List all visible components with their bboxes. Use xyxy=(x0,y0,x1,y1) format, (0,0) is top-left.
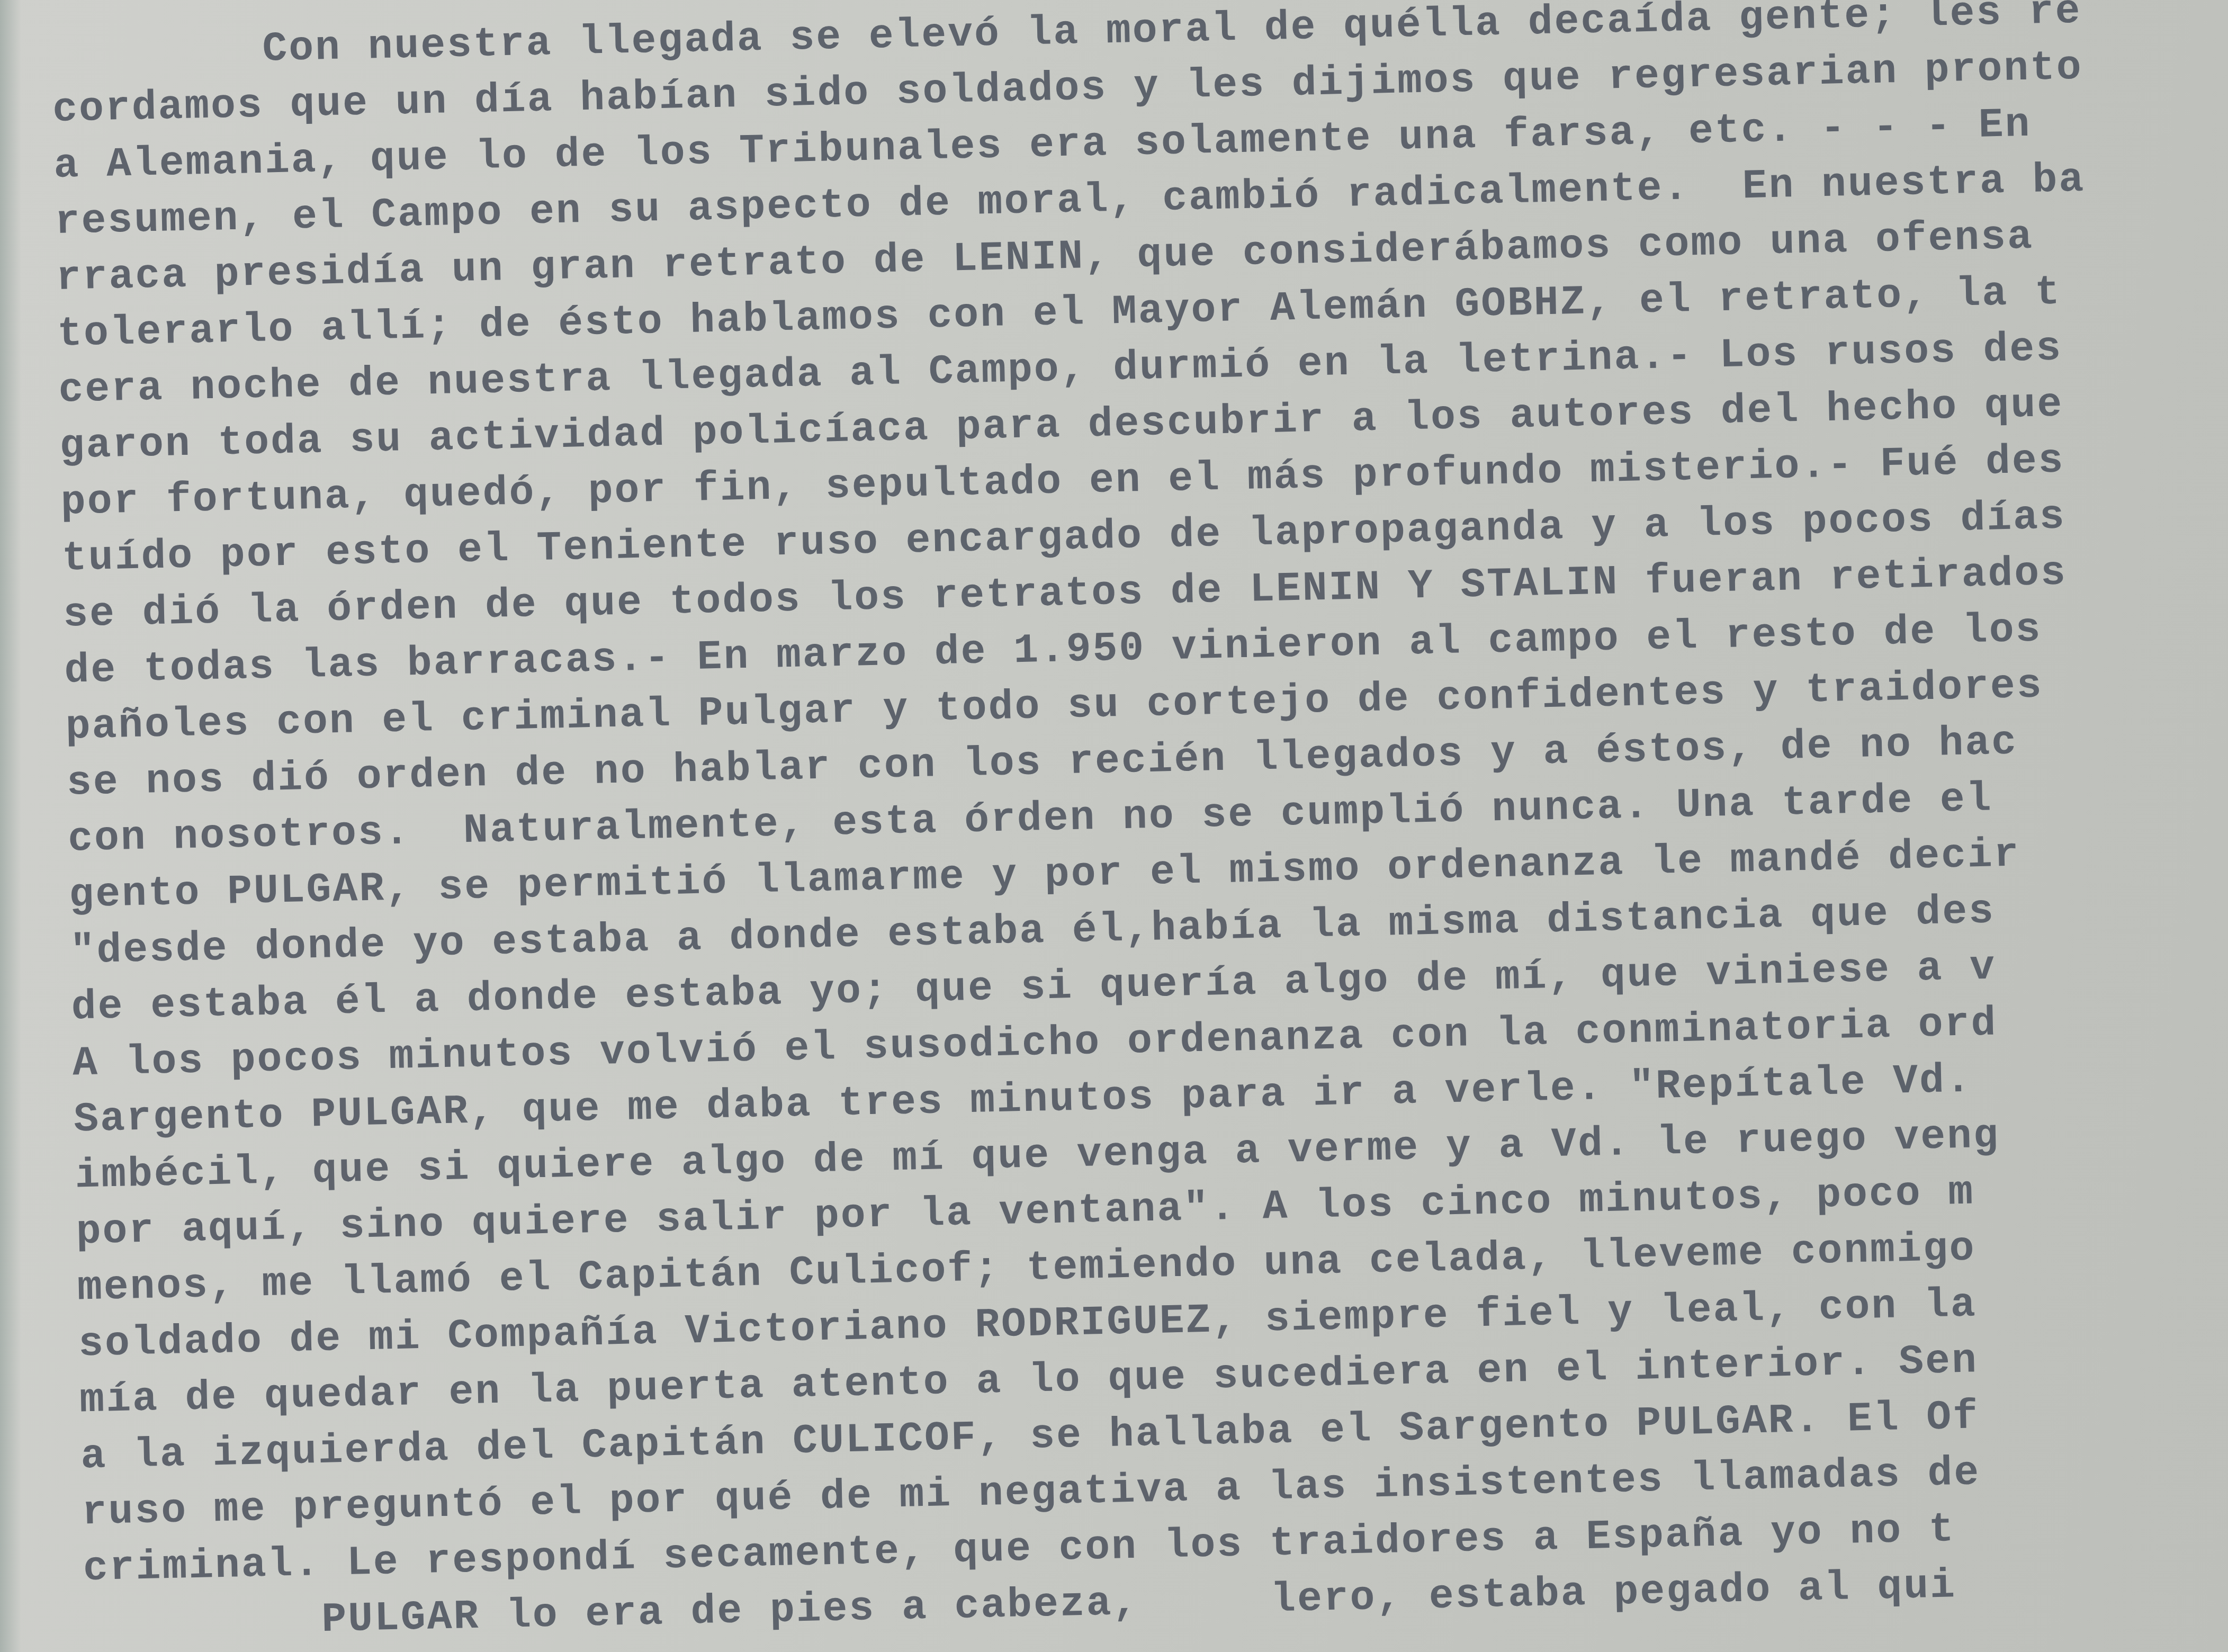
typewritten-page: Con nuestra llegada se elevó la moral de… xyxy=(0,0,2228,1651)
